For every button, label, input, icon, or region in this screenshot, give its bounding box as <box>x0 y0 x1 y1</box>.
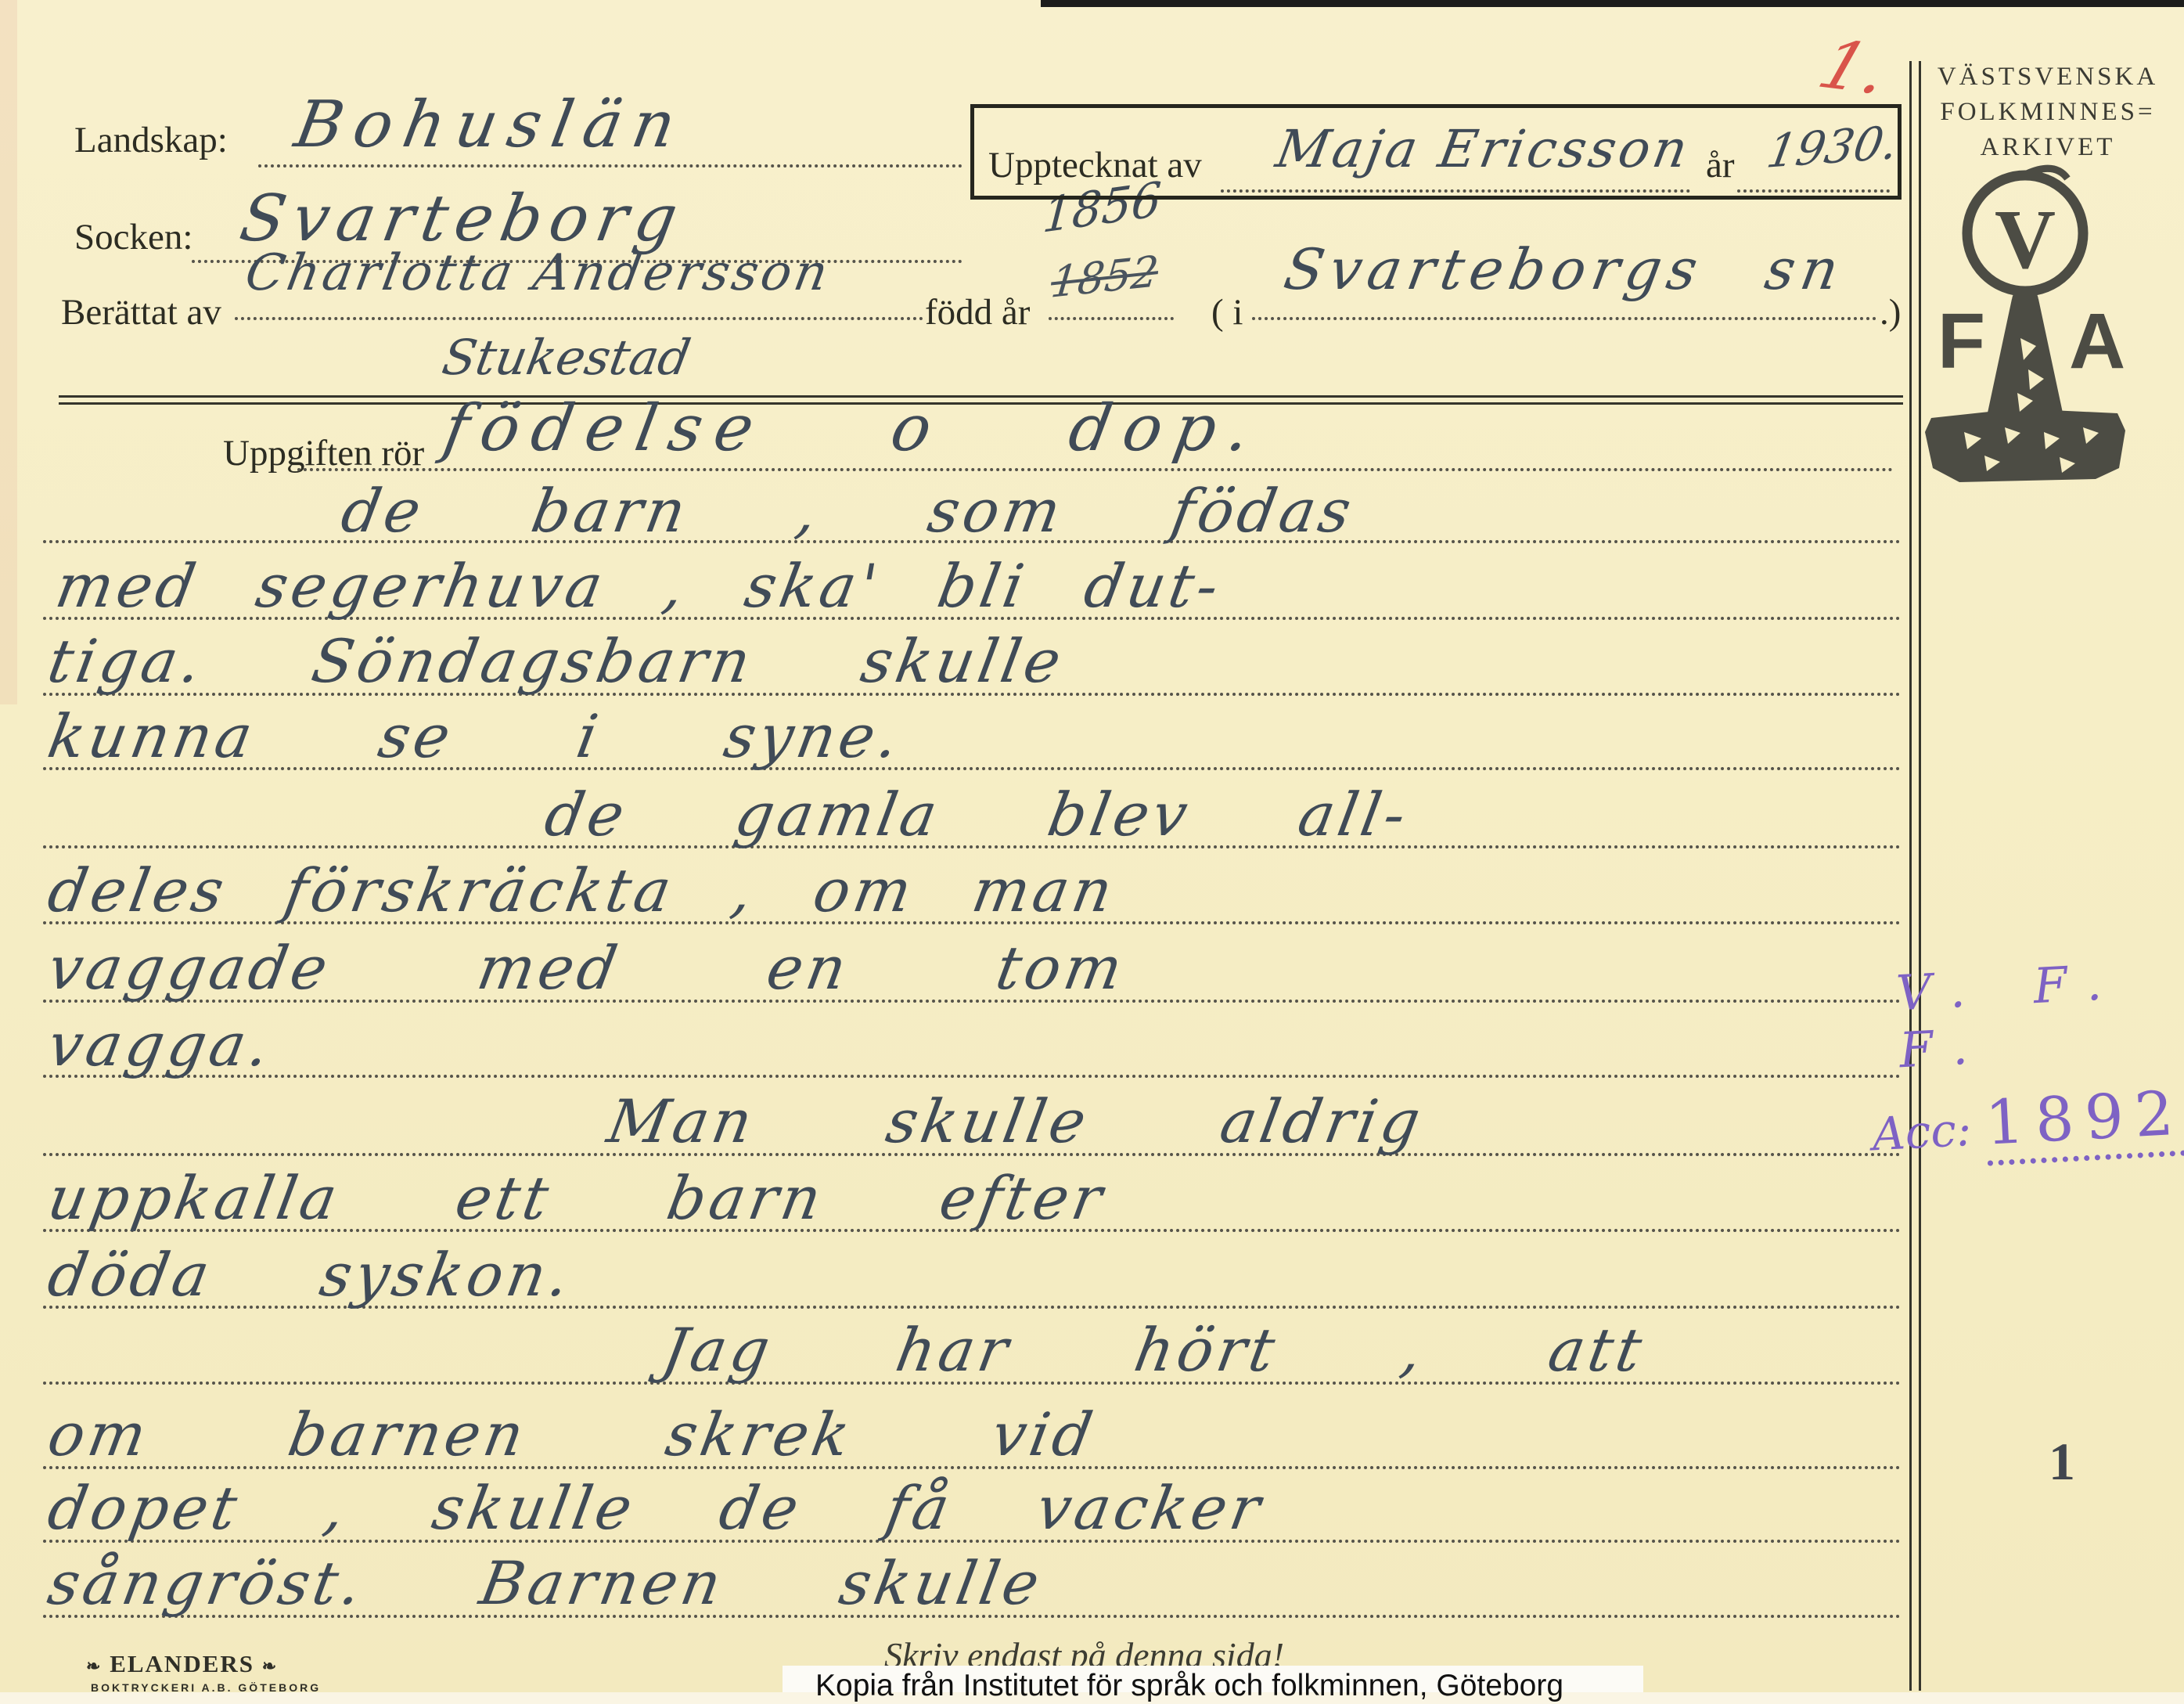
record-year: 1930. <box>1763 115 1902 178</box>
topic-value: födelse o dop. <box>438 391 1268 466</box>
collector-name: Maja Ericsson <box>1272 119 1695 179</box>
berattat-ruled-line <box>235 317 923 320</box>
landskap-ruled-line <box>258 164 962 168</box>
red-series-number: 1. <box>1809 26 1899 110</box>
birthplace-close-paren: .) <box>1880 291 1901 333</box>
socken-label: Socken: <box>74 216 192 258</box>
archive-name: VÄSTSVENSKA FOLKMINNES= ARKIVET <box>1919 59 2177 165</box>
printer-ornament-left-icon: ❧ <box>86 1656 102 1676</box>
archive-record-page: 1. Landskap: Bohuslän Socken: Svarteborg… <box>0 0 2184 1704</box>
landskap-label: Landskap: <box>74 119 228 161</box>
birth-year-crossed-out: 1852 <box>1049 247 1160 308</box>
handwritten-line-7: vaggade med en tom <box>43 933 1132 1003</box>
stamp-institution-initials: V. F. F. <box>1864 950 2182 1081</box>
recorded-by-box: Upptecknat av Maja Ericsson år 1930. <box>970 104 1902 200</box>
handwritten-line-6: deles förskräckta , om man <box>43 856 1121 925</box>
stamp-accession-line: Acc: 1892 <box>1870 1078 2184 1165</box>
handwritten-line-2: med segerhuva , ska' bli dut- <box>51 551 1228 621</box>
vfa-hammer-logo: V F A <box>1909 157 2183 493</box>
upptecknat-ruled-line <box>1221 189 1690 193</box>
fodd-ar-ruled-line <box>1049 317 1174 320</box>
upptecknat-label: Upptecknat av <box>988 144 1202 186</box>
logo-letter-v: V <box>1995 193 2056 286</box>
handwritten-line-4: kunna se i syne. <box>43 701 908 771</box>
logo-letter-f: F <box>1938 297 1985 385</box>
berattat-label: Berättat av <box>61 291 221 333</box>
handwritten-line-8: vagga. <box>43 1010 279 1079</box>
birthplace-open-paren: ( i <box>1211 291 1243 333</box>
stamp-acc-number: 1892 <box>1984 1079 2184 1166</box>
logo-letter-a: A <box>2069 297 2125 385</box>
informant-name: Charlotta Andersson <box>241 244 835 302</box>
printer-imprint: ❧ ELANDERS ❧ BOKTRYCKERI A.B. GÖTEBORG <box>86 1650 321 1694</box>
handwritten-line-9: Man skulle aldrig <box>603 1086 1429 1156</box>
handwritten-line-11: döda syskon. <box>43 1240 578 1310</box>
archive-name-line-2: FOLKMINNES= <box>1919 95 2177 130</box>
accession-stamp: V. F. F. Acc: 1892 <box>1864 950 2184 1165</box>
ar-ruled-line <box>1737 189 1890 193</box>
printer-name: ELANDERS <box>110 1650 254 1677</box>
page-number: 1 <box>2049 1431 2075 1493</box>
handwritten-line-15: sångröst. Barnen skulle <box>43 1548 1049 1618</box>
scan-top-edge <box>1041 0 2184 7</box>
archive-name-line-1: VÄSTSVENSKA <box>1919 59 2177 95</box>
topic-ruled-line <box>297 468 1894 471</box>
scan-left-edge-tint <box>0 0 17 704</box>
hammer-head-icon <box>1925 409 2125 482</box>
fodd-ar-label: född år <box>925 291 1030 333</box>
handwritten-line-1: de barn , som födas <box>336 476 1360 546</box>
handwritten-line-14: dopet , skulle de få vacker <box>43 1473 1269 1543</box>
handwritten-line-5: de gamla blev all- <box>540 780 1415 849</box>
ar-label: år <box>1706 144 1735 186</box>
copy-note-text: Kopia från Institutet för språk och folk… <box>815 1669 1563 1703</box>
handwritten-line-13: om barnen skrek vid <box>43 1400 1101 1469</box>
birthplace-value: Svarteborgs sn <box>1279 236 1850 302</box>
birthplace-ruled-line <box>1252 317 1876 320</box>
landskap-value: Bohuslän <box>290 88 692 162</box>
residence-value: Stukestad <box>438 329 695 386</box>
ruled-line-8 <box>43 1075 1902 1078</box>
printer-ornament-right-icon: ❧ <box>262 1656 278 1676</box>
handwritten-line-10: uppkalla ett barn efter <box>43 1163 1111 1233</box>
handwritten-line-12: Jag har hört , att <box>657 1315 1650 1385</box>
handwritten-line-3: tiga. Söndagsbarn skulle <box>43 626 1070 696</box>
